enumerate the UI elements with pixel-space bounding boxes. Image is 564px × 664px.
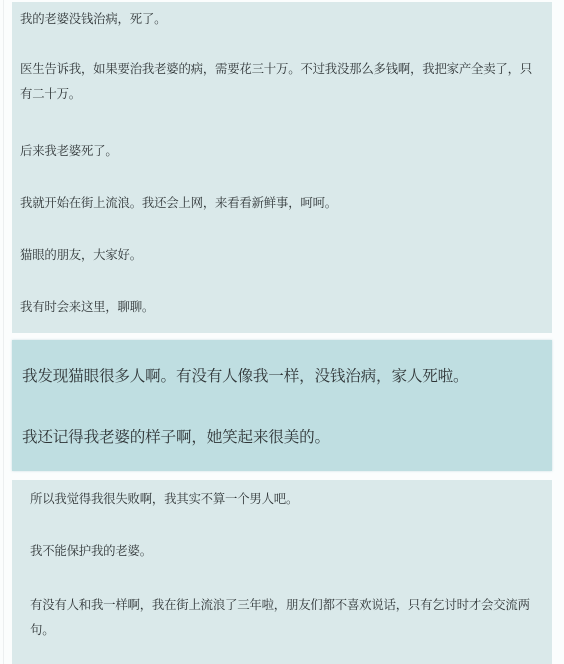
- text-panel-1: 我的老婆没钱治病，死了。 医生告诉我，如果要治我老婆的病，需要花三十万。不过我没…: [12, 2, 552, 333]
- paragraph: 我的老婆没钱治病，死了。: [20, 6, 540, 31]
- paragraph: 医生告诉我，如果要治我老婆的病，需要花三十万。不过我没那么多钱啊，我把家产全卖了…: [20, 56, 540, 106]
- paragraph: 我有时会来这里，聊聊。: [20, 294, 540, 319]
- paragraph: 我不能保护我的老婆。: [30, 538, 542, 563]
- paragraph: 我还记得我老婆的样子啊，她笑起来很美的。: [22, 425, 542, 449]
- text-panel-3: 所以我觉得我很失败啊，我其实不算一个男人吧。 我不能保护我的老婆。 有没有人和我…: [12, 480, 552, 664]
- page-left-border: [3, 0, 4, 664]
- paragraph: 后来我老婆死了。: [20, 138, 540, 163]
- paragraph: 我发现猫眼很多人啊。有没有人像我一样，没钱治病，家人死啦。: [22, 364, 542, 388]
- paragraph: 有没有人和我一样啊，我在街上流浪了三年啦，朋友们都不喜欢说话，只有乞讨时才会交流…: [30, 592, 542, 642]
- paragraph: 我就开始在街上流浪。我还会上网，来看看新鲜事，呵呵。: [20, 190, 540, 215]
- highlighted-text-panel: 我发现猫眼很多人啊。有没有人像我一样，没钱治病，家人死啦。 我还记得我老婆的样子…: [12, 340, 552, 471]
- paragraph: 所以我觉得我很失败啊，我其实不算一个男人吧。: [30, 486, 542, 511]
- paragraph: 猫眼的朋友，大家好。: [20, 242, 540, 267]
